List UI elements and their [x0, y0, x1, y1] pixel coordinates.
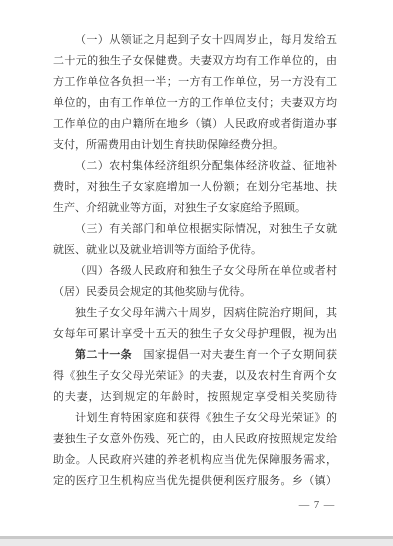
assistance-paragraph: 计划生育特困家庭和获得《独生子女父母光荣证》的夫妻独生子女意外伤残、死亡的，由人… — [53, 408, 337, 492]
clause-item-4: （四）各级人民政府和独生子女父母所在单位或者村（居）民委员会规定的其他奖励与优待… — [53, 261, 337, 303]
text-line: （居）民委员会规定的其他奖励与优待。 — [53, 282, 337, 303]
text-line: 单位的，由有工作单位一方的工作单位支付；夫妻双方均无 — [53, 93, 337, 114]
text-line: 定的医疗卫生机构应当优先提供便利医疗服务。乡（镇）人 — [53, 471, 337, 492]
text-line: 独生子女父母年满六十周岁，因病住院治疗期间，其子 — [53, 303, 337, 324]
text-line: 二十元的独生子女保健费。夫妻双方均有工作单位的，由双 — [53, 51, 337, 72]
text-line: 第二十一条 国家提倡一对夫妻生育一个子女期间获 — [53, 345, 337, 366]
text-line: 费时，对独生子女家庭增加一人份额；在划分宅基地、扶持 — [53, 177, 337, 198]
scan-bottom-edge — [0, 536, 393, 546]
nursing-leave-paragraph: 独生子女父母年满六十周岁，因病住院治疗期间，其子女每年可累计享受十五天的独生子女… — [53, 303, 337, 345]
text-line: 工作单位的由户籍所在地乡（镇）人民政府或者街道办事处 — [53, 114, 337, 135]
text-line: 生产、介绍就业等方面，对独生子女家庭给予照顾。 — [53, 198, 337, 219]
text-line: 就医、就业以及就业培训等方面给予优待。 — [53, 240, 337, 261]
clause-item-2: （二）农村集体经济组织分配集体经济收益、征地补偿费时，对独生子女家庭增加一人份额… — [53, 156, 337, 219]
text-line: 妻独生子女意外伤残、死亡的，由人民政府按照规定发给扶 — [53, 429, 337, 450]
clause-item-1: （一）从领证之月起到子女十四周岁止，每月发给五至二十元的独生子女保健费。夫妻双方… — [53, 30, 337, 156]
text-block: （一）从领证之月起到子女十四周岁止，每月发给五至二十元的独生子女保健费。夫妻双方… — [53, 30, 337, 492]
page-number: — 7 — — [296, 499, 338, 513]
text-line: 方工作单位各负担一半；一方有工作单位，另一方没有工作 — [53, 72, 337, 93]
text-line: 女每年可累计享受十五天的独生子女父母护理假，视为出勤。 — [53, 324, 337, 345]
text-line: 计划生育特困家庭和获得《独生子女父母光荣证》的夫 — [53, 408, 337, 429]
text-line: 的夫妻，达到规定的年龄时，按照规定享受相关奖励待遇。 — [53, 387, 337, 408]
article-number-label: 第二十一条 — [75, 349, 132, 361]
scanned-document-page: （一）从领证之月起到子女十四周岁止，每月发给五至二十元的独生子女保健费。夫妻双方… — [0, 0, 393, 546]
clause-item-3: （三）有关部门和单位根据实际情况，对独生子女就学、就医、就业以及就业培训等方面给… — [53, 219, 337, 261]
text-line: 得《独生子女父母光荣证》的夫妻，以及农村生育两个女孩 — [53, 366, 337, 387]
text-line: 支付，所需费用由计划生育扶助保障经费分担。 — [53, 135, 337, 156]
text-line: （三）有关部门和单位根据实际情况，对独生子女就学、 — [53, 219, 337, 240]
article-21-paragraph: 第二十一条 国家提倡一对夫妻生育一个子女期间获得《独生子女父母光荣证》的夫妻，以… — [53, 345, 337, 408]
text-line: 助金。人民政府兴建的养老机构应当优先保障服务需求，指 — [53, 450, 337, 471]
text-line: （四）各级人民政府和独生子女父母所在单位或者村 — [53, 261, 337, 282]
text-line: （一）从领证之月起到子女十四周岁止，每月发给五至 — [53, 30, 337, 51]
text-line: （二）农村集体经济组织分配集体经济收益、征地补偿 — [53, 156, 337, 177]
